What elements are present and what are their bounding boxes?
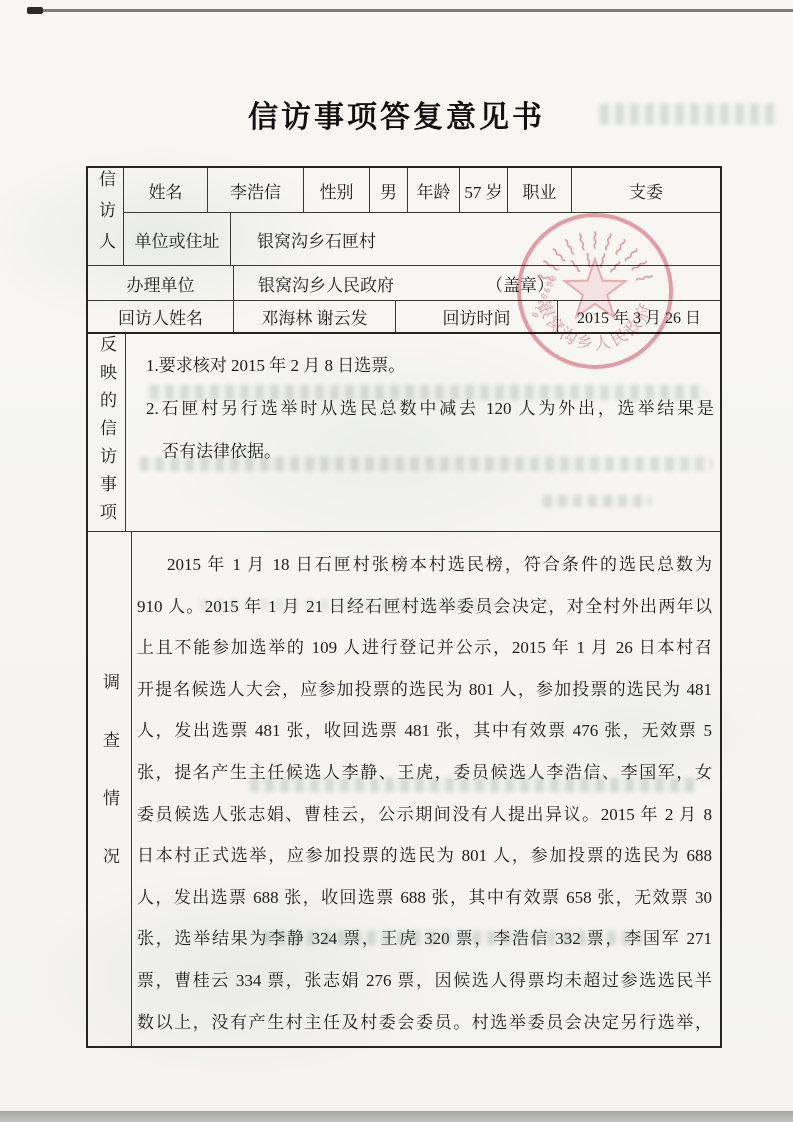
- handling-unit-value-cell: 银窝沟乡人民政府 （盖章）: [234, 266, 720, 300]
- investigation-label: 调查情况: [88, 532, 132, 1046]
- matters-label: 反映的信访事项: [88, 334, 126, 531]
- petitioner-subrows: 姓名 李浩信 性别 男 年龄 57 岁 职业 支委 单位或住址 银窝沟乡石匣村: [124, 168, 720, 266]
- gender-value: 男: [370, 168, 408, 212]
- investigation-line: 人，发出选票 481 张，收回选票 481 张，其中有效票 476 张，无效票 …: [137, 710, 712, 752]
- scan-bottom-edge: [0, 1111, 793, 1122]
- investigation-line: 人，发出选票 688 张，收回选票 688 张，其中有效票 658 张，无效票 …: [137, 877, 712, 919]
- row-handling-unit: 办理单位 银窝沟乡人民政府 （盖章）: [88, 266, 720, 301]
- visit-time-label: 回访时间: [396, 301, 558, 332]
- bleedthrough-smudge: [200, 599, 500, 611]
- visitor-label: 回访人姓名: [88, 301, 234, 332]
- visitor-value: 邓海林 谢云发: [234, 301, 396, 332]
- occupation-label: 职业: [508, 168, 572, 212]
- name-value: 李浩信: [208, 168, 304, 212]
- investigation-line: 委员候选人张志娟、曹桂云，公示期间没有人提出异议。2015 年 2 月 8: [137, 794, 712, 836]
- row-return-visit: 回访人姓名 邓海林 谢云发 回访时间 2015 年 3 月 26 日: [88, 301, 720, 334]
- petitioner-rows-group: 信访人 姓名 李浩信 性别 男 年龄 57 岁 职业 支委 单位或住址 银窝沟乡…: [88, 168, 720, 266]
- investigation-line: 2015 年 1 月 18 日石匣村张榜本村选民榜，符合条件的选民总数为: [137, 544, 712, 586]
- age-value: 57 岁: [460, 168, 508, 212]
- investigation-line: 票，曹桂云 334 票，张志娟 276 票，因候选人得票均未超过参选选民半: [137, 960, 712, 1002]
- bleedthrough-smudge: [250, 778, 695, 792]
- bleedthrough-smudge: [140, 457, 712, 471]
- occupation-value: 支委: [572, 168, 720, 212]
- scan-edge-artifact: [27, 7, 43, 14]
- petitioner-group-label: 信访人: [88, 168, 124, 266]
- age-label: 年龄: [408, 168, 460, 212]
- investigation-line: 开提名候选人大会，应参加投票的选民为 801 人，参加投票的选民为 481: [137, 669, 712, 711]
- investigation-line: 数以上，没有产生村主任及村委会委员。村选举委员会决定另行选举，: [137, 1002, 712, 1044]
- gender-label: 性别: [304, 168, 370, 212]
- bleedthrough-smudge: [150, 385, 706, 400]
- investigation-line: 日本村正式选举，应参加投票的选民为 801 人，参加投票的选民为 688: [137, 835, 712, 877]
- scanned-paper-background: 信访事项答复意见书 信访人 姓名 李浩信 性别 男 年龄 57 岁 职业 支委 …: [0, 0, 793, 1122]
- bleedthrough-smudge: [543, 495, 651, 508]
- visit-time-value: 2015 年 3 月 26 日: [558, 301, 720, 332]
- scan-edge-line: [27, 9, 793, 12]
- investigation-line: 上且不能参加选举的 109 人进行登记并公示，2015 年 1 月 26 日本村…: [137, 627, 712, 669]
- seal-hint-text: （盖章）: [486, 271, 554, 296]
- handling-unit-value: 银窝沟乡人民政府: [258, 271, 394, 296]
- address-label: 单位或住址: [124, 213, 231, 265]
- matter-item-1: 1.要求核对 2015 年 2 月 8 日选票。: [146, 344, 720, 387]
- name-label: 姓名: [124, 168, 208, 212]
- address-value: 银窝沟乡石匣村: [231, 213, 720, 265]
- bleedthrough-smudge: [262, 931, 642, 945]
- bleedthrough-smudge: [600, 103, 778, 125]
- row-identity: 姓名 李浩信 性别 男 年龄 57 岁 职业 支委: [124, 168, 720, 213]
- row-address: 单位或住址 银窝沟乡石匣村: [124, 213, 720, 266]
- handling-unit-label: 办理单位: [88, 266, 234, 300]
